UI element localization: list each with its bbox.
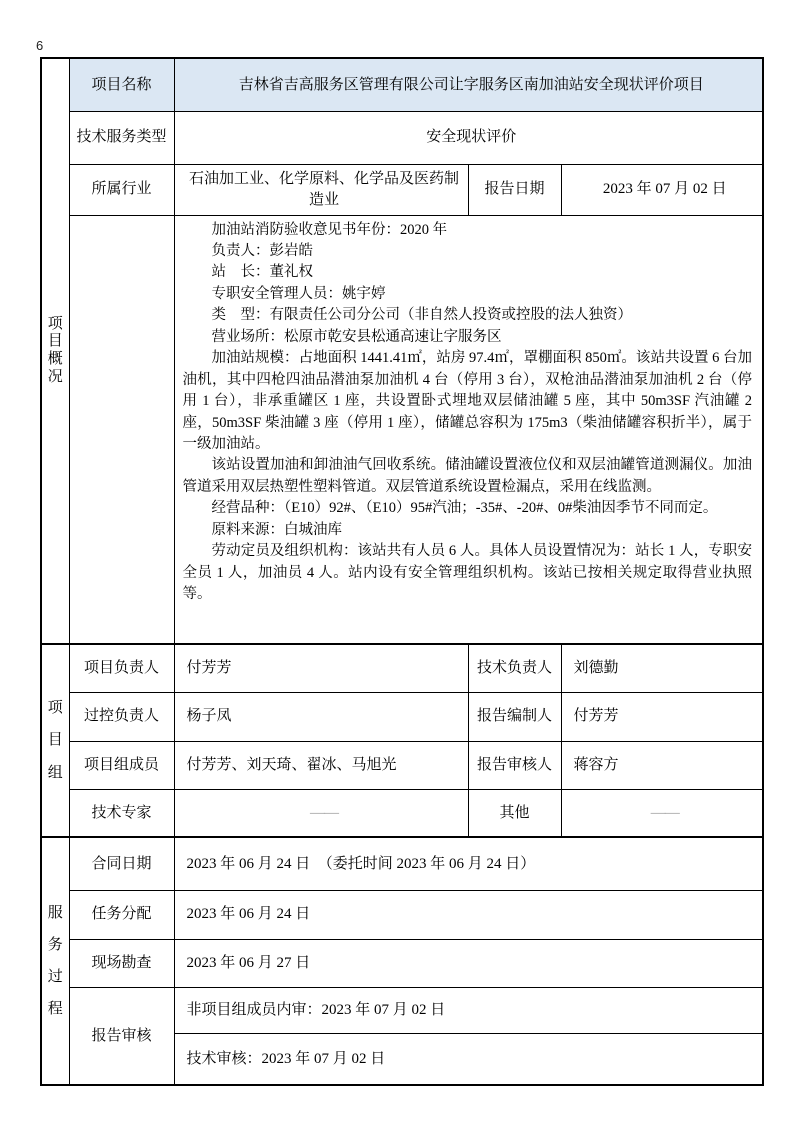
row-site-survey: 现场勘查 2023 年 06 月 27 日: [41, 939, 763, 987]
overview-paragraph: 该站设置加油和卸油油气回收系统。储油罐设置液位仪和双层油罐管道测漏仪。加油管道采…: [183, 455, 753, 498]
row-overview-content: 加油站消防验收意见书年份：2020 年 负责人：彭岩皓 站 长：董礼权 专职安全…: [41, 215, 763, 644]
overview-paragraph: 类 型：有限责任公司分公司（非自然人投资或控股的法人独资）: [183, 305, 753, 326]
row-contract-date: 服务过程 合同日期 2023 年 06 月 24 日 （委托时间 2023 年 …: [41, 837, 763, 890]
industry-value: 石油加工业、化学原料、化学品及医药制造业: [174, 164, 468, 215]
report-writer-label: 报告编制人: [468, 692, 561, 741]
section-label-overview-cell: 项目概况: [41, 58, 69, 644]
report-reviewer-label: 报告审核人: [468, 741, 561, 789]
site-survey-label: 现场勘查: [69, 939, 174, 987]
overview-paragraph: 加油站消防验收意见书年份：2020 年: [183, 220, 753, 241]
project-leader-value: 付芳芳: [174, 644, 468, 692]
tech-expert-label: 技术专家: [69, 789, 174, 837]
task-assignment-label: 任务分配: [69, 890, 174, 939]
overview-paragraph: 经营品种：（E10）92#、（E10）95#汽油；-35#、-20#、0#柴油因…: [183, 498, 753, 519]
report-writer-value: 付芳芳: [561, 692, 763, 741]
project-leader-label: 项目负责人: [69, 644, 174, 692]
process-control-value: 杨子凤: [174, 692, 468, 741]
row-project-name: 项目概况 项目名称 吉林省吉高服务区管理有限公司让字服务区南加油站安全现状评价项…: [41, 58, 763, 111]
overview-paragraph: 专职安全管理人员：姚宇婷: [183, 284, 753, 305]
team-members-label: 项目组成员: [69, 741, 174, 789]
overview-content-cell: 加油站消防验收意见书年份：2020 年 负责人：彭岩皓 站 长：董礼权 专职安全…: [174, 215, 763, 644]
row-team-members: 项目组成员 付芳芳、刘天琦、翟冰、马旭光 报告审核人 蒋容方: [41, 741, 763, 789]
row-report-review-internal: 报告审核 非项目组成员内审：2023 年 07 月 02 日: [41, 987, 763, 1033]
row-industry: 所属行业 石油加工业、化学原料、化学品及医药制造业 报告日期 2023 年 07…: [41, 164, 763, 215]
overview-spacer-cell: [69, 215, 174, 644]
page-number: 6: [36, 38, 43, 53]
section-label-team-cell: 项目组: [41, 644, 69, 837]
report-reviewer-value: 蒋容方: [561, 741, 763, 789]
contract-date-label: 合同日期: [69, 837, 174, 890]
row-project-leader: 项目组 项目负责人 付芳芳 技术负责人 刘德勤: [41, 644, 763, 692]
overview-paragraph: 营业场所：松原市乾安县松通高速让字服务区: [183, 327, 753, 348]
section-label-process: 服务过程: [47, 897, 63, 1026]
overview-paragraph: 原料来源：白城油库: [183, 520, 753, 541]
section-label-overview: 项目概况: [47, 316, 63, 387]
other-label: 其他: [468, 789, 561, 837]
service-type-value: 安全现状评价: [174, 111, 763, 164]
contract-date-value: 2023 年 06 月 24 日 （委托时间 2023 年 06 月 24 日）: [174, 837, 763, 890]
overview-paragraph: 劳动定员及组织机构：该站共有人员 6 人。具体人员设置情况为：站长 1 人，专职…: [183, 541, 753, 605]
project-info-table: 项目概况 项目名称 吉林省吉高服务区管理有限公司让字服务区南加油站安全现状评价项…: [40, 57, 764, 1086]
row-service-type: 技术服务类型 安全现状评价: [41, 111, 763, 164]
service-type-label: 技术服务类型: [69, 111, 174, 164]
report-date-value: 2023 年 07 月 02 日: [561, 164, 763, 215]
row-process-control-leader: 过控负责人 杨子凤 报告编制人 付芳芳: [41, 692, 763, 741]
report-date-label: 报告日期: [468, 164, 561, 215]
team-members-value: 付芳芳、刘天琦、翟冰、马旭光: [174, 741, 468, 789]
site-survey-value: 2023 年 06 月 27 日: [174, 939, 763, 987]
tech-leader-label: 技术负责人: [468, 644, 561, 692]
task-assignment-value: 2023 年 06 月 24 日: [174, 890, 763, 939]
industry-label: 所属行业: [69, 164, 174, 215]
report-review-label: 报告审核: [69, 987, 174, 1085]
other-value: ——: [561, 789, 763, 837]
row-tech-expert: 技术专家 —— 其他 ——: [41, 789, 763, 837]
section-label-team: 项目组: [47, 692, 63, 789]
section-label-process-cell: 服务过程: [41, 837, 69, 1085]
report-review-technical-value: 技术审核：2023 年 07 月 02 日: [174, 1033, 763, 1085]
overview-paragraph: 加油站规模：占地面积 1441.41㎡，站房 97.4㎡，罩棚面积 850㎡。该…: [183, 348, 753, 455]
report-review-internal-value: 非项目组成员内审：2023 年 07 月 02 日: [174, 987, 763, 1033]
overview-paragraph: 负责人：彭岩皓: [183, 241, 753, 262]
process-control-label: 过控负责人: [69, 692, 174, 741]
project-name-label: 项目名称: [69, 58, 174, 111]
tech-expert-value: ——: [174, 789, 468, 837]
overview-paragraph: 站 长：董礼权: [183, 262, 753, 283]
row-task-assignment: 任务分配 2023 年 06 月 24 日: [41, 890, 763, 939]
project-name-value: 吉林省吉高服务区管理有限公司让字服务区南加油站安全现状评价项目: [174, 58, 763, 111]
tech-leader-value: 刘德勤: [561, 644, 763, 692]
